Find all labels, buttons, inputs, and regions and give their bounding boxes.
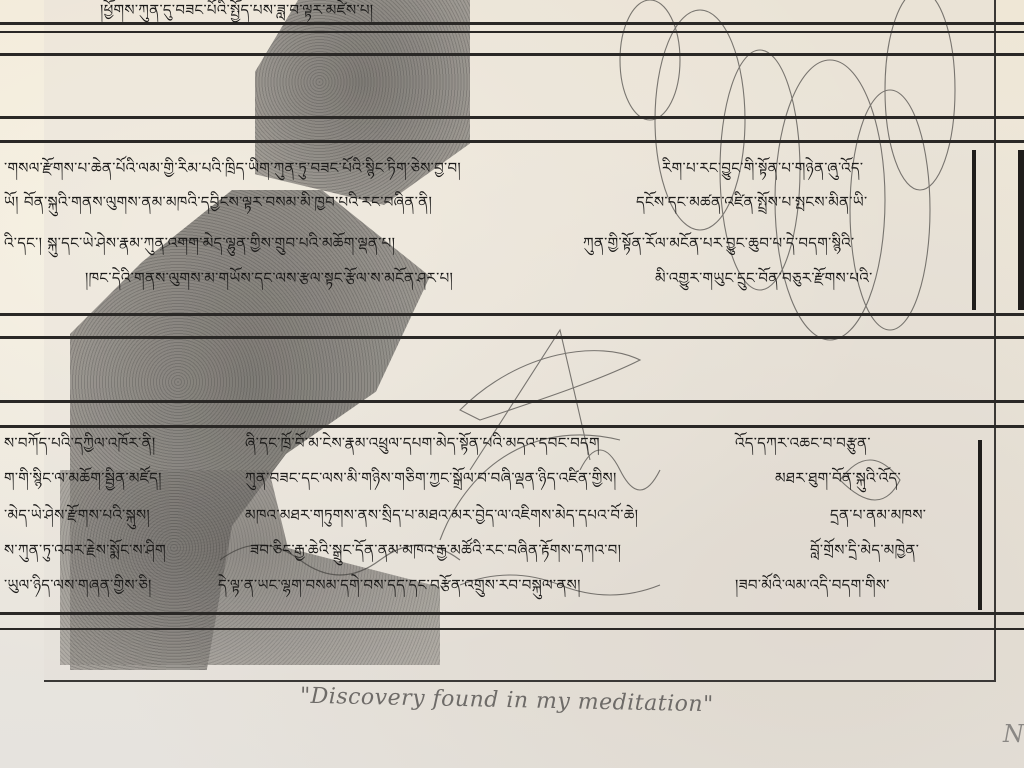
tibetan-line: མཁའ་མཐར་གཏུགས་ནས་སྲིད་པ་མཐའ་མར་བྱེད་ལ་འཇ… (245, 505, 638, 525)
rule-line (0, 140, 1024, 143)
tibetan-line: དེ་ལྟ་ན་ཡང་ལྷག་བསམ་དགེ་བས་དད་དང་བརྩོན་འག… (218, 575, 581, 595)
tibetan-line: ཀུན་གྱི་སྟོན་རོལ་མངོན་པར་བྱུང་ཆུབ་པ་དེ་བ… (583, 233, 854, 253)
rule-line (0, 116, 1024, 119)
tibetan-line: ཀུན་བཟང་དང་ལས་མི་གཉིས་གཅིག་ཀྱང་སྒྲོལ་བ་བ… (245, 468, 617, 488)
tibetan-line: རིག་པ་རང་བྱུང་གི་སྟོན་པ་གཉེན་ཞུ་འོད་ (662, 158, 863, 178)
tibetan-line: །ཁང་དེའི་གནས་ལུགས་མ་གཡོས་དང་ལས་རྩལ་སྟང་ར… (85, 268, 453, 288)
rule-line (0, 628, 1024, 630)
tibetan-line: ་མེད་ཡེ་ཤེས་རྫོགས་པའི་སྐུས། (4, 505, 150, 525)
page-border-right (978, 440, 982, 610)
tibetan-partial-top-line: །ཕྱོགས་ཀུན་དུ་བཟང་པོའི་སྤྱོད་པས་ཟླ་བ་ལྟར… (100, 0, 373, 20)
rule-line (0, 400, 1024, 403)
rule-line (0, 612, 1024, 615)
rule-line (0, 31, 1024, 33)
handwritten-edge-mark: N (1003, 720, 1024, 748)
page-border-right (972, 150, 976, 310)
rule-line (0, 425, 1024, 428)
tibetan-line: ཞི་དང་ཁྲོ་བོ་མ་ངེས་རྣམ་འཕྲུལ་དཔག་མེད་སྟོ… (245, 433, 600, 453)
tibetan-line: །ཟབ་མོའི་ལམ་འདི་བདག་གིས་ (735, 575, 890, 595)
page-border-far-right (1018, 150, 1024, 310)
tibetan-line: ས་ཀུན་ཏུ་འབར་རྗེས་སྨོང་ས་ཤིག (4, 540, 166, 560)
tibetan-line: དངོས་དང་མཚན་འཛིན་སྤྲོས་པ་སྤངས་མིན་ཡི་ (636, 192, 867, 212)
rule-line (0, 336, 1024, 339)
tibetan-line: ་གསལ་རྫོགས་པ་ཆེན་པོའི་ལམ་གྱི་རིམ་པའི་ཁྲི… (4, 158, 461, 178)
tibetan-line: ཟབ་ཅིང་རྒྱ་ཆེའི་སྒྲུང་དོན་ནམ་མཁའ་རྒྱ་མཚོ… (250, 540, 621, 560)
tibetan-line: དྲན་པ་ནམ་མཁས་ (830, 505, 926, 525)
tibetan-line: མཐར་ཐུག་བོན་སྐུའི་འོད་ (775, 468, 901, 488)
tibetan-line: ་ཡུལ་ཉིད་ལས་གཞན་གྱིས་ཅི། (4, 575, 152, 595)
tibetan-line: མི་འགྱུར་གཡུང་དྲུང་བོན་བཅུར་རྫོགས་པའི་ (655, 268, 873, 288)
rule-line (0, 22, 1024, 25)
tibetan-line: ས་བཀོད་པའི་དཀྱིལ་འཁོར་ནི། (4, 433, 156, 453)
rule-line (0, 313, 1024, 316)
tibetan-line: འོད་དཀར་འཆང་བ་བརྩུན་ (735, 433, 871, 453)
rule-line (0, 53, 1024, 56)
tibetan-line: བློ་གྲོས་དྲི་མེད་མཁྱེན་ (810, 540, 919, 560)
tibetan-line: ཡོ། བོན་སྐུའི་གནས་ལུགས་ནམ་མཁའི་དབྱིངས་ལྟ… (4, 192, 432, 212)
tibetan-line: འི་དང་། སྐུ་དང་ཡེ་ཤེས་རྣམ་ཀུན་འགག་མེད་ལྷ… (4, 233, 395, 253)
tibetan-line: ག་གི་སྙིང་ལ་མཆོག་སྦྱིན་མཛོད། (4, 468, 162, 488)
